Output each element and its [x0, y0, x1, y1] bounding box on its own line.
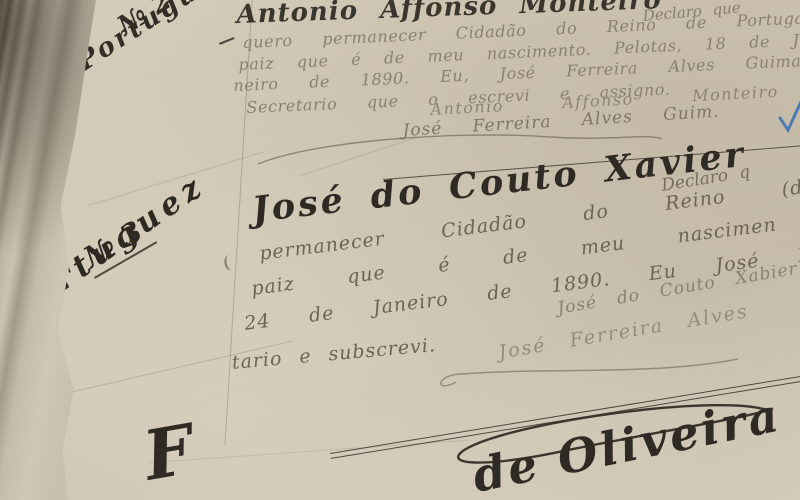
declaration-line: tario e subscrevi. [231, 334, 437, 374]
blue-ink-mark [778, 100, 800, 134]
register-page-paper: № 2 Portuguez Antonio Affonso Monteiro D… [0, 0, 800, 500]
next-entry-initial: F [138, 410, 199, 497]
photographed-register-page: № 2 Portuguez Antonio Affonso Monteiro D… [0, 0, 800, 500]
stray-ink-mark [219, 37, 235, 45]
nationality-label: Portuguez [72, 0, 236, 77]
